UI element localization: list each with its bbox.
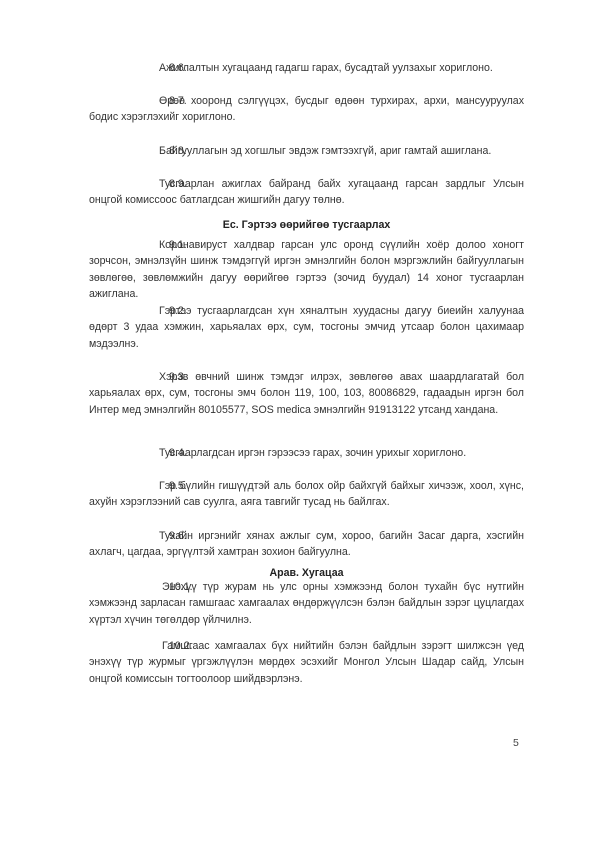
clause-number: 9.2. <box>129 303 159 319</box>
paragraph-9-2: 9.2.Гэртээ тусгаарлагдсан хүн хяналтын х… <box>89 303 524 352</box>
clause-number: 8.8. <box>129 143 159 159</box>
clause-number: 9.3. <box>129 369 159 385</box>
clause-number: 8.9. <box>129 176 159 192</box>
paragraph-10-2: 10.2.Гамшгаас хамгаалах бүх нийтийн бэлэ… <box>89 638 524 687</box>
paragraph-9-4: 9.4.Тусгаарлагдсан иргэн гэрээсээ гарах,… <box>89 445 524 461</box>
paragraph-8-9: 8.9.Тусгаарлан ажиглах байранд байх хуга… <box>89 176 524 209</box>
section-heading-10: Арав. Хугацаа <box>89 566 524 580</box>
paragraph-8-8: 8.8.Байгууллагын эд хогшлыг эвдэж гэмтээ… <box>89 143 524 159</box>
clause-number: 10.2. <box>129 638 162 654</box>
paragraph-10-1: 10.1.Энэхүү түр журам нь улс орны хэмжээ… <box>89 579 524 628</box>
clause-number: 9.6. <box>129 528 159 544</box>
clause-number: 9.5. <box>129 478 159 494</box>
clause-text: Тусгаарлагдсан иргэн гэрээсээ гарах, зоч… <box>159 447 466 459</box>
paragraph-9-5: 9.5.Гэр бүлийн гишүүдтэй аль болох ойр б… <box>89 478 524 511</box>
clause-text: Ажиглалтын хугацаанд гадагш гарах, бусад… <box>159 62 493 74</box>
section-heading-9: Ес. Гэртээ өөрийгөө тусгаарлах <box>89 218 524 232</box>
page-number: 5 <box>513 737 519 749</box>
paragraph-8-7: 8.7.Өрөө хооронд сэлгүүцэх, бусдыг өдөөн… <box>89 93 524 126</box>
paragraph-8-6: 8.6.Ажиглалтын хугацаанд гадагш гарах, б… <box>89 60 524 76</box>
clause-number: 8.6. <box>129 60 159 76</box>
clause-number: 9.4. <box>129 445 159 461</box>
paragraph-9-3: 9.3.Хэрэв өвчний шинж тэмдэг илрэх, зөвл… <box>89 369 524 418</box>
paragraph-9-6: 9.6.Тухайн иргэнийг хянах ажлыг сум, хор… <box>89 528 524 561</box>
clause-number: 10.1. <box>129 579 162 595</box>
clause-number: 8.7. <box>129 93 159 109</box>
clause-number: 9.1. <box>129 237 159 253</box>
paragraph-9-1: 9.1.Коронавируст халдвар гарсан улс орон… <box>89 237 524 302</box>
document-page: 8.6.Ажиглалтын хугацаанд гадагш гарах, б… <box>0 0 595 841</box>
clause-text: Байгууллагын эд хогшлыг эвдэж гэмтээхгүй… <box>159 145 491 157</box>
